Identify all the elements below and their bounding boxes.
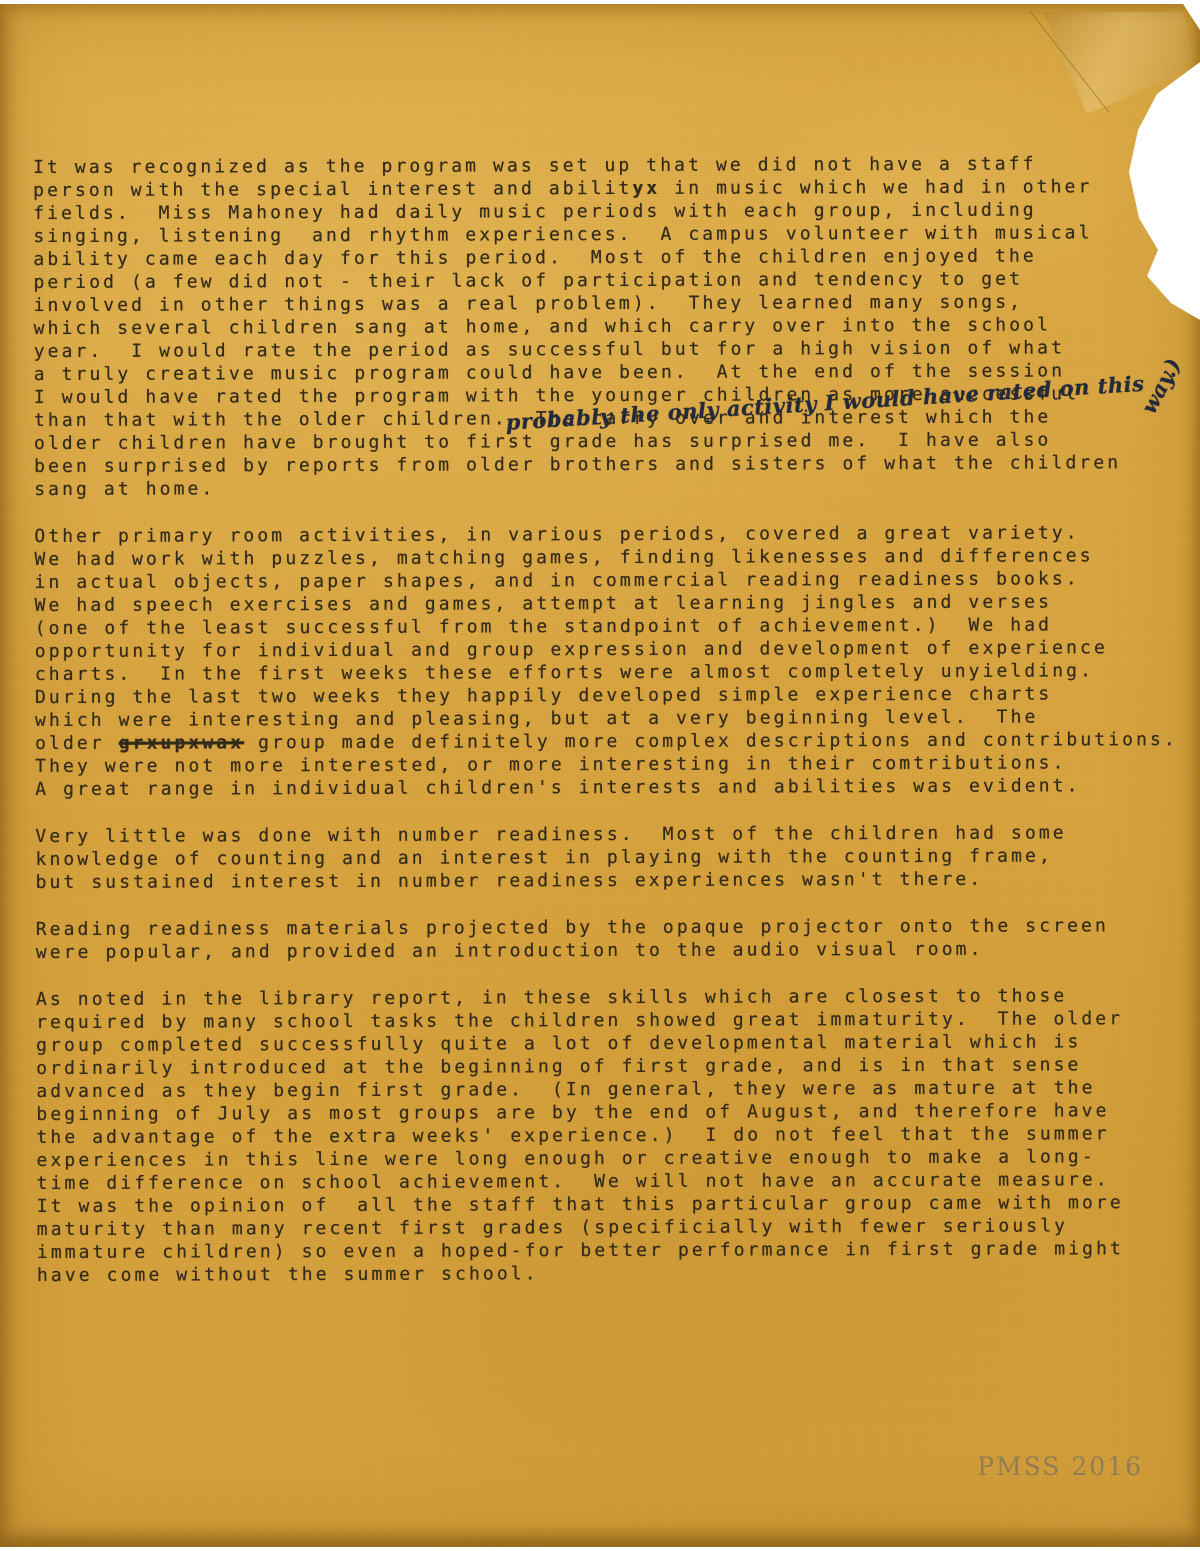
folded-corner-crease bbox=[1035, 10, 1198, 118]
paragraph: It was recognized as the program was set… bbox=[33, 152, 1199, 501]
text-line: were popular, and provided an introducti… bbox=[36, 937, 1200, 964]
text-line: knowledge of counting and an interest in… bbox=[35, 844, 1200, 871]
paragraph: Other primary room activities, in variou… bbox=[34, 521, 1200, 801]
text-line: but sustained interest in number readine… bbox=[36, 867, 1200, 894]
text-line: have come without the summer school. bbox=[37, 1260, 1200, 1287]
text-line: ability came each day for this period. M… bbox=[33, 244, 1198, 271]
text-line: sang at home. bbox=[34, 474, 1199, 501]
paragraph: Very little was done with number readine… bbox=[35, 821, 1200, 894]
watermark: PMSS 2016 bbox=[977, 1452, 1143, 1481]
text-line: been surprised by reports from older bro… bbox=[34, 451, 1199, 478]
document-page: It was recognized as the program was set… bbox=[0, 4, 1200, 1547]
text-block: It was recognized as the program was set… bbox=[33, 152, 1200, 1287]
text-line: immature children) so even a hoped-for b… bbox=[37, 1237, 1200, 1264]
text-line: Reading readiness materials projected by… bbox=[36, 914, 1200, 941]
paragraph: As noted in the library report, in these… bbox=[36, 984, 1200, 1287]
paragraph: Reading readiness materials projected by… bbox=[36, 914, 1200, 964]
text-line: A great range in individual children's i… bbox=[35, 774, 1200, 801]
